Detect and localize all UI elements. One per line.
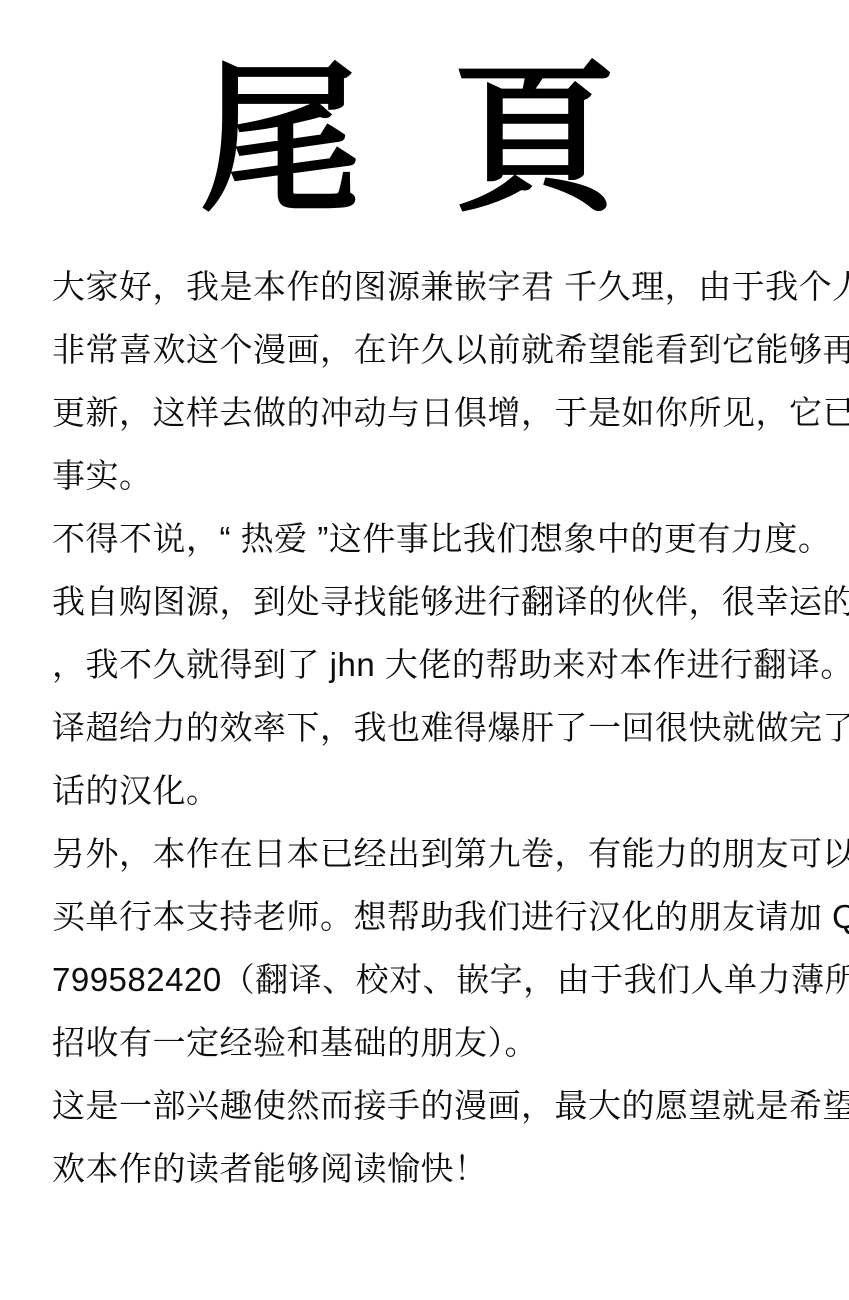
- afterword-line-8: 译超给力的效率下，我也难得爆肝了一回很快就做完了第 9: [52, 696, 841, 759]
- afterword-line-4: 事实。: [52, 444, 841, 507]
- afterword-line-7: ，我不久就得到了 jhn 大佬的帮助来对本作进行翻译。在翻: [52, 633, 841, 696]
- afterword-line-15: 欢本作的读者能够阅读愉快！: [52, 1137, 841, 1200]
- afterword-line-3: 更新，这样去做的冲动与日俱增，于是如你所见，它已成: [52, 381, 841, 444]
- page-title-char-2: 頁: [454, 60, 616, 222]
- afterword-line-14: 这是一部兴趣使然而接手的漫画，最大的愿望就是希望喜: [52, 1074, 841, 1137]
- afterword-line-6: 我自购图源，到处寻找能够进行翻译的伙伴，很幸运的是: [52, 570, 841, 633]
- afterword-page: 尾 頁 大家好，我是本作的图源兼嵌字君 千久理，由于我个人 非常喜欢这个漫画，在…: [0, 0, 849, 1300]
- afterword-text-block: 大家好，我是本作的图源兼嵌字君 千久理，由于我个人 非常喜欢这个漫画，在许久以前…: [0, 222, 849, 1200]
- page-title: 尾 頁: [0, 0, 832, 222]
- page-title-char-1: 尾: [200, 60, 362, 222]
- afterword-line-2: 非常喜欢这个漫画，在许久以前就希望能看到它能够再度: [52, 318, 841, 381]
- afterword-line-5: 不得不说，“ 热爱 ”这件事比我们想象中的更有力度。: [52, 507, 841, 570]
- afterword-line-11: 买单行本支持老师。想帮助我们进行汉化的朋友请加 QQ 群: [52, 885, 841, 948]
- afterword-line-10: 另外，本作在日本已经出到第九卷，有能力的朋友可以购: [52, 822, 841, 885]
- afterword-line-12: 799582420（翻译、校对、嵌字，由于我们人单力薄所以仅: [52, 948, 841, 1011]
- afterword-line-1: 大家好，我是本作的图源兼嵌字君 千久理，由于我个人: [52, 255, 841, 318]
- afterword-line-9: 话的汉化。: [52, 759, 841, 822]
- afterword-line-13: 招收有一定经验和基础的朋友）。: [52, 1011, 841, 1074]
